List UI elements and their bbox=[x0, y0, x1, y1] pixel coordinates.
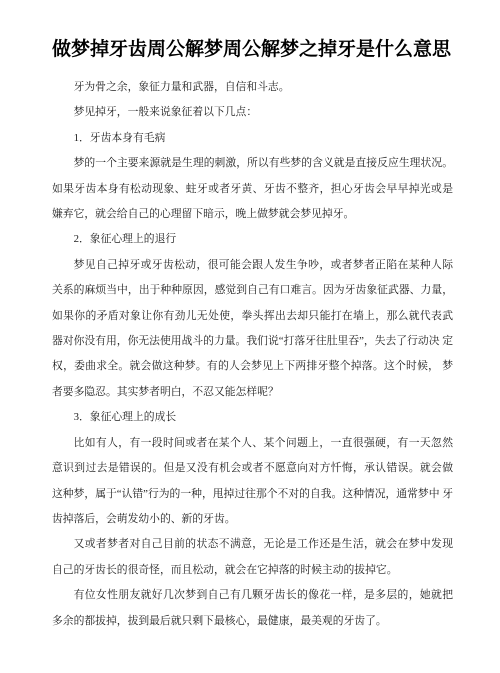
document-page: 做梦掉牙齿周公解梦周公解梦之掉牙是什么意思 牙为骨之余，象征力量和武器，自信和斗… bbox=[0, 0, 500, 673]
paragraph: 又或者梦者对自己目前的状态不满意，无论是工作还是生活，就会在梦中发现 自己的牙齿… bbox=[52, 532, 453, 583]
paragraph: 梦的一个主要来源就是生理的刺激，所以有些梦的含义就是直接反应生理状况。如果牙齿本… bbox=[52, 151, 453, 227]
section-heading: 2．象征心理上的退行 bbox=[52, 227, 453, 252]
section-heading: 3．象征心理上的成长 bbox=[52, 405, 453, 430]
paragraph: 牙为骨之余，象征力量和武器，自信和斗志。 bbox=[52, 75, 453, 100]
paragraph: 比如有人，有一段时间或者在某个人、某个问题上，一直很强硬，有一天忽然 意识到过去… bbox=[52, 431, 453, 533]
paragraph: 梦见自己掉牙或牙齿松动，很可能会跟人发生争吵，或者梦者正陷在某种人际 关系的麻烦… bbox=[52, 253, 453, 405]
section-heading: 1．牙齿本身有毛病 bbox=[52, 126, 453, 151]
paragraph: 有位女性朋友就好几次梦到自己有几颗牙齿长的像花一样，是多层的，她就把 多余的都拔… bbox=[52, 583, 453, 634]
document-title: 做梦掉牙齿周公解梦周公解梦之掉牙是什么意思 bbox=[52, 36, 453, 63]
paragraph: 梦见掉牙，一般来说象征着以下几点： bbox=[52, 100, 453, 125]
